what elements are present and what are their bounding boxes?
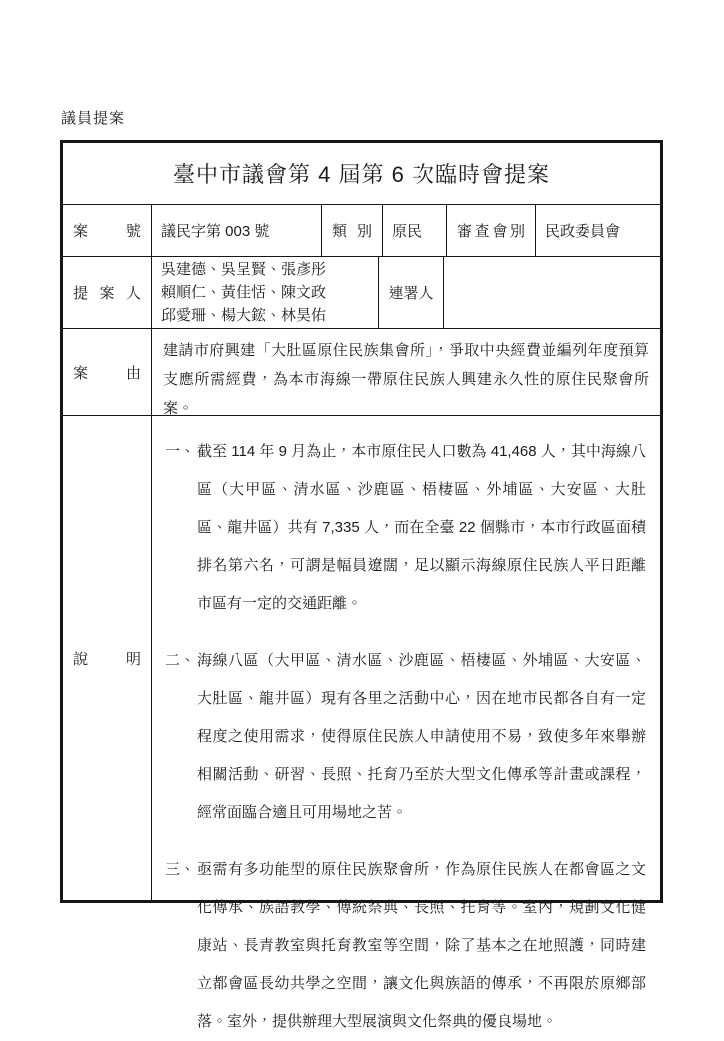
- proposer-line: 賴順仁、黃佳恬、陳文政: [161, 281, 378, 304]
- description-item-text: 亟需有多功能型的原住民族聚會所，作為原住民族人在都會區之文化傳承、族語教學、傳統…: [197, 851, 646, 1041]
- subject-text: 建請市府興建「大肚區原住民族集會所」，爭取中央經費並編列年度預算支應所需經費，為…: [151, 329, 660, 415]
- subject-label-cell: 案由: [63, 329, 151, 415]
- proposer-names: 吳建德、吳呈賢、張彥彤 賴順仁、黃佳恬、陳文政 邱愛珊、楊大鋐、林昊佑: [151, 257, 378, 328]
- document-type-heading: 議員提案: [61, 107, 125, 128]
- cosigner-label: 連署人: [379, 282, 443, 303]
- cosigner-value-empty: [443, 257, 660, 328]
- proposer-line: 邱愛珊、楊大鋐、林昊佑: [161, 304, 378, 327]
- proposal-title: 臺中市議會第 4 屆第 6 次臨時會提案: [173, 158, 550, 189]
- proposer-label: 提案人: [63, 282, 151, 303]
- committee-value: 民政委員會: [535, 205, 660, 256]
- case-number-label: 案號: [63, 220, 151, 241]
- description-item: 三、 亟需有多功能型的原住民族聚會所，作為原住民族人在都會區之文化傳承、族語教學…: [165, 851, 646, 1041]
- proposer-label-cell: 提案人: [63, 257, 151, 328]
- description-label: 說明: [63, 648, 151, 669]
- title-row: 臺中市議會第 4 屆第 6 次臨時會提案: [63, 143, 660, 204]
- description-content: 一、 截至 114 年 9 月為止，本市原住民人口數為 41,468 人，其中海…: [151, 416, 660, 900]
- category-value: 原民: [382, 205, 446, 256]
- category-label-cell: 類別: [321, 205, 382, 256]
- subject-row: 案由 建請市府興建「大肚區原住民族集會所」，爭取中央經費並編列年度預算支應所需經…: [63, 328, 660, 415]
- meta-row: 案號 議民字第 003 號 類別 原民 審查會別 民政委員會: [63, 204, 660, 256]
- subject-label: 案由: [63, 362, 151, 383]
- proposer-line: 吳建德、吳呈賢、張彥彤: [161, 258, 378, 281]
- description-item-number: 二、: [165, 642, 197, 832]
- case-number-label-cell: 案號: [63, 205, 151, 256]
- cosigner-label-cell: 連署人: [378, 257, 443, 328]
- committee-label: 審查會別: [447, 220, 535, 241]
- description-label-cell: 說明: [63, 416, 151, 900]
- proposer-row: 提案人 吳建德、吳呈賢、張彥彤 賴順仁、黃佳恬、陳文政 邱愛珊、楊大鋐、林昊佑 …: [63, 256, 660, 328]
- case-number-value: 議民字第 003 號: [151, 205, 321, 256]
- proposal-table: 臺中市議會第 4 屆第 6 次臨時會提案 案號 議民字第 003 號 類別 原民…: [60, 140, 663, 903]
- description-row: 說明 一、 截至 114 年 9 月為止，本市原住民人口數為 41,468 人，…: [63, 415, 660, 900]
- description-item-number: 一、: [165, 433, 197, 623]
- committee-label-cell: 審查會別: [446, 205, 535, 256]
- category-label: 類別: [322, 220, 382, 241]
- document-page: 議員提案 臺中市議會第 4 屆第 6 次臨時會提案 案號 議民字第 003 號 …: [0, 0, 724, 1024]
- description-item-number: 三、: [165, 851, 197, 1041]
- description-item: 二、 海線八區（大甲區、清水區、沙鹿區、梧棲區、外埔區、大安區、大肚區、龍井區）…: [165, 642, 646, 832]
- description-item-text: 截至 114 年 9 月為止，本市原住民人口數為 41,468 人，其中海線八區…: [197, 433, 646, 623]
- description-item-text: 海線八區（大甲區、清水區、沙鹿區、梧棲區、外埔區、大安區、大肚區、龍井區）現有各…: [197, 642, 646, 832]
- description-item: 一、 截至 114 年 9 月為止，本市原住民人口數為 41,468 人，其中海…: [165, 433, 646, 623]
